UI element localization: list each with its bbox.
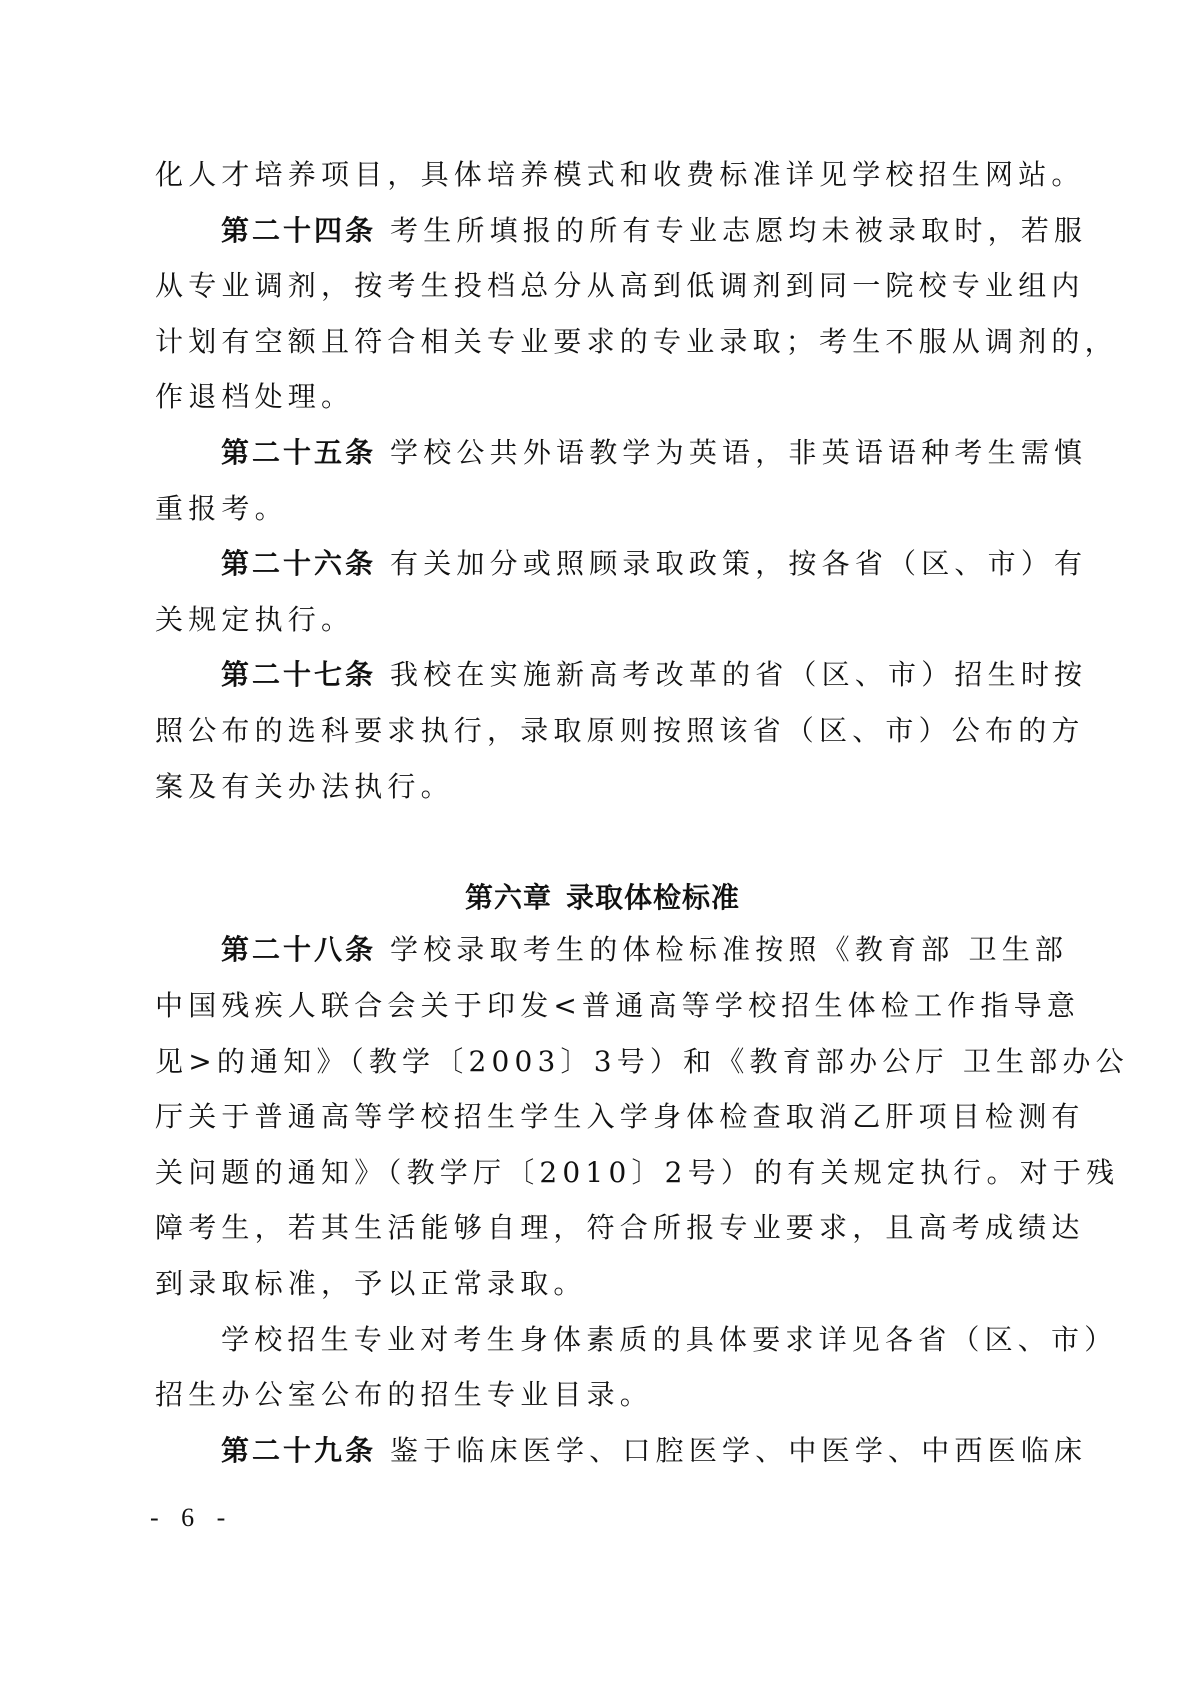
text-line: 案及有关办法执行。 (155, 759, 1055, 815)
text-line: 从专业调剂，按考生投档总分从高到低调剂到同一院校专业组内 (155, 258, 1055, 314)
line-text: 案及有关办法执行。 (155, 770, 454, 803)
text-line: 见>的通知》（教学〔2003〕3号）和《教育部办公厅 卫生部办公 (155, 1034, 1055, 1090)
text-line: 招生办公室公布的招生专业目录。 (155, 1367, 1055, 1423)
document-page: 化人才培养项目，具体培养模式和收费标准详见学校招生网站。 第二十四条考生所填报的… (0, 0, 1191, 1684)
line-text: 从专业调剂，按考生投档总分从高到低调剂到同一院校专业组内 (155, 269, 1085, 302)
line-text: 照公布的选科要求执行，录取原则按照该省（区、市）公布的方 (155, 714, 1085, 747)
text-line: 照公布的选科要求执行，录取原则按照该省（区、市）公布的方 (155, 703, 1055, 759)
chapter-number: 第六章 (465, 881, 552, 914)
text-line: 关问题的通知》（教学厅〔2010〕2号）的有关规定执行。对于残 (155, 1145, 1055, 1201)
text-line: 障考生，若其生活能够自理，符合所报专业要求，且高考成绩达 (155, 1200, 1055, 1256)
article-24-line: 第二十四条考生所填报的所有专业志愿均未被录取时，若服 (221, 203, 1121, 259)
text-line: 化人才培养项目，具体培养模式和收费标准详见学校招生网站。 (155, 147, 1055, 203)
text-line: 中国残疾人联合会关于印发<普通高等学校招生体检工作指导意 (155, 978, 1055, 1034)
line-text: 重报考。 (155, 492, 288, 525)
article-label: 第二十四条 (221, 214, 376, 247)
line-text: 中国残疾人联合会关于印发<普通高等学校招生体检工作指导意 (155, 989, 1080, 1022)
article-label: 第二十六条 (221, 547, 376, 580)
line-text: 鉴于临床医学、口腔医学、中医学、中西医临床 (390, 1434, 1087, 1467)
line-text: 关规定执行。 (155, 603, 354, 636)
line-text: 学校公共外语教学为英语，非英语语种考生需慎 (390, 436, 1087, 469)
article-label: 第二十八条 (221, 933, 376, 966)
line-text: 到录取标准，予以正常录取。 (155, 1267, 587, 1300)
line-text: 计划有空额且符合相关专业要求的专业录取；考生不服从调剂的， (155, 325, 1118, 358)
article-label: 第二十七条 (221, 658, 376, 691)
line-text: 关问题的通知》（教学厅〔2010〕2号）的有关规定执行。对于残 (155, 1156, 1119, 1189)
text-line: 计划有空额且符合相关专业要求的专业录取；考生不服从调剂的， (155, 314, 1055, 370)
text-line: 到录取标准，予以正常录取。 (155, 1256, 1055, 1312)
chapter-title: 录取体检标准 (566, 881, 740, 914)
text-line: 厅关于普通高等学校招生学生入学身体检查取消乙肝项目检测有 (155, 1089, 1055, 1145)
line-text: 考生所填报的所有专业志愿均未被录取时，若服 (390, 214, 1087, 247)
paragraph-indented-line: 学校招生专业对考生身体素质的具体要求详见各省（区、市） (221, 1312, 1121, 1368)
line-text: 见>的通知》（教学〔2003〕3号）和《教育部办公厅 卫生部办公 (155, 1045, 1129, 1078)
line-text: 厅关于普通高等学校招生学生入学身体检查取消乙肝项目检测有 (155, 1100, 1085, 1133)
chapter-heading: 第六章录取体检标准 (0, 876, 1191, 920)
article-28-line: 第二十八条学校录取考生的体检标准按照《教育部 卫生部 (221, 922, 1121, 978)
article-25-line: 第二十五条学校公共外语教学为英语，非英语语种考生需慎 (221, 425, 1121, 481)
page-number: - 6 - (150, 1500, 233, 1536)
line-text: 障考生，若其生活能够自理，符合所报专业要求，且高考成绩达 (155, 1211, 1085, 1244)
line-text: 我校在实施新高考改革的省（区、市）招生时按 (390, 658, 1087, 691)
article-label: 第二十五条 (221, 436, 376, 469)
line-text: 有关加分或照顾录取政策，按各省（区、市）有 (390, 547, 1087, 580)
text-line: 关规定执行。 (155, 592, 1055, 648)
line-text: 招生办公室公布的招生专业目录。 (155, 1378, 653, 1411)
article-label: 第二十九条 (221, 1434, 376, 1467)
article-26-line: 第二十六条有关加分或照顾录取政策，按各省（区、市）有 (221, 536, 1121, 592)
article-27-line: 第二十七条我校在实施新高考改革的省（区、市）招生时按 (221, 647, 1121, 703)
line-text: 作退档处理。 (155, 380, 354, 413)
text-line: 作退档处理。 (155, 369, 1055, 425)
article-29-line: 第二十九条鉴于临床医学、口腔医学、中医学、中西医临床 (221, 1423, 1121, 1479)
line-text: 学校招生专业对考生身体素质的具体要求详见各省（区、市） (221, 1323, 1117, 1356)
text-line: 重报考。 (155, 481, 1055, 537)
line-text: 化人才培养项目，具体培养模式和收费标准详见学校招生网站。 (155, 158, 1085, 191)
line-text: 学校录取考生的体检标准按照《教育部 卫生部 (390, 933, 1068, 966)
